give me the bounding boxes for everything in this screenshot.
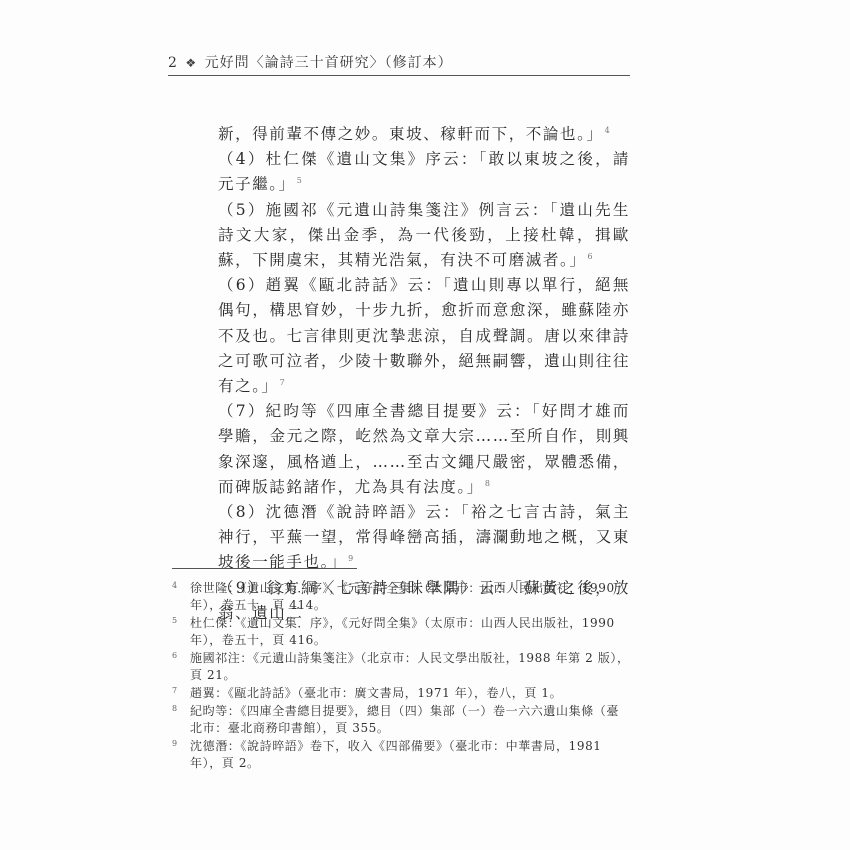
footnote-marker[interactable]: 6	[587, 252, 592, 261]
paragraph: （6）趙翼《甌北詩話》云：「遺山則專以單行，絕無偶句，構思窅妙，十步九折，愈折而…	[218, 273, 630, 399]
footnote-marker[interactable]: 5	[297, 176, 302, 185]
book-title: 元好問〈論詩三十首研究〉（修訂本）	[205, 55, 453, 71]
footnote-text: 徐世隆：《遺山文集．序》，《元好問全集》（太原市：山西人民出版社，1990 年）…	[190, 581, 615, 612]
footnote: 7 趙翼：《甌北詩話》（臺北市：廣文書局，1971 年），卷八，頁 1。	[172, 685, 630, 702]
footnote-number: 7	[172, 682, 178, 699]
running-header: 2 ❖ 元好問〈論詩三十首研究〉（修訂本）	[168, 52, 630, 72]
footnote-text: 沈德潛：《說詩晬語》卷下，收入《四部備要》（臺北市：中華書局，1981 年），頁…	[190, 739, 602, 770]
footnote-number: 9	[172, 735, 178, 752]
footnote-marker[interactable]: 4	[605, 126, 610, 135]
footnote-marker[interactable]: 8	[485, 479, 490, 488]
book-page: 2 ❖ 元好問〈論詩三十首研究〉（修訂本） 新，得前輩不傳之妙。東坡、稼軒而下，…	[0, 0, 850, 850]
ornament-icon: ❖	[185, 56, 197, 70]
paragraph-text: 新，得前輩不傳之妙。東坡、稼軒而下，不論也。」	[218, 125, 604, 143]
paragraph-text: （4）杜仁傑《遺山文集》序云：「敢以東坡之後，請元子繼。」	[218, 150, 630, 193]
footnote: 5 杜仁傑：《遺山文集．序》，《元好問全集》（太原市：山西人民出版社，1990 …	[172, 615, 630, 649]
body-text: 新，得前輩不傳之妙。東坡、稼軒而下，不論也。」4 （4）杜仁傑《遺山文集》序云：…	[218, 122, 630, 626]
footnote-number: 6	[172, 647, 178, 664]
paragraph: 新，得前輩不傳之妙。東坡、稼軒而下，不論也。」4	[218, 122, 630, 147]
page-number: 2	[168, 55, 178, 71]
paragraph-text: （5）施國祁《元遺山詩集箋注》例言云：「遺山先生詩文大家，傑出金季，為一代後勁，…	[218, 201, 630, 269]
footnote: 4 徐世隆：《遺山文集．序》，《元好問全集》（太原市：山西人民出版社，1990 …	[172, 580, 630, 614]
paragraph: （7）紀昀等《四庫全書總目提要》云：「好問才雄而學贍，金元之際，屹然為文章大宗……	[218, 399, 630, 500]
footnote-marker[interactable]: 7	[280, 378, 285, 387]
footnote-number: 8	[172, 700, 178, 717]
footnote-separator	[172, 568, 357, 569]
paragraph: （8）沈德潛《說詩晬語》云：「裕之七言古詩，氣主神行，平蕪一望，常得峰巒高插，濤…	[218, 500, 630, 576]
footnote-text: 杜仁傑：《遺山文集．序》，《元好問全集》（太原市：山西人民出版社，1990 年）…	[190, 616, 615, 647]
footnote-number: 5	[172, 612, 178, 629]
footnote-text: 紀昀等：《四庫全書總目提要》，總目（四）集部（一）卷一六六遺山集條（臺北市：臺北…	[190, 704, 619, 735]
footnotes: 4 徐世隆：《遺山文集．序》，《元好問全集》（太原市：山西人民出版社，1990 …	[172, 580, 630, 773]
footnote: 9 沈德潛：《說詩晬語》卷下，收入《四部備要》（臺北市：中華書局，1981 年）…	[172, 738, 630, 772]
header-rule	[168, 75, 630, 76]
footnote: 8 紀昀等：《四庫全書總目提要》，總目（四）集部（一）卷一六六遺山集條（臺北市：…	[172, 703, 630, 737]
footnote-marker[interactable]: 9	[348, 554, 353, 563]
footnote-text: 施國祁注：《元遺山詩集箋注》（北京市：人民文學出版社，1988 年第 2 版），…	[190, 651, 630, 682]
paragraph-text: （7）紀昀等《四庫全書總目提要》云：「好問才雄而學贍，金元之際，屹然為文章大宗……	[218, 402, 630, 496]
paragraph-text: （8）沈德潛《說詩晬語》云：「裕之七言古詩，氣主神行，平蕪一望，常得峰巒高插，濤…	[218, 503, 630, 571]
footnote-number: 4	[172, 577, 178, 594]
paragraph: （5）施國祁《元遺山詩集箋注》例言云：「遺山先生詩文大家，傑出金季，為一代後勁，…	[218, 198, 630, 274]
paragraph: （4）杜仁傑《遺山文集》序云：「敢以東坡之後，請元子繼。」5	[218, 147, 630, 197]
footnote: 6 施國祁注：《元遺山詩集箋注》（北京市：人民文學出版社，1988 年第 2 版…	[172, 650, 630, 684]
footnote-text: 趙翼：《甌北詩話》（臺北市：廣文書局，1971 年），卷八，頁 1。	[190, 686, 562, 700]
